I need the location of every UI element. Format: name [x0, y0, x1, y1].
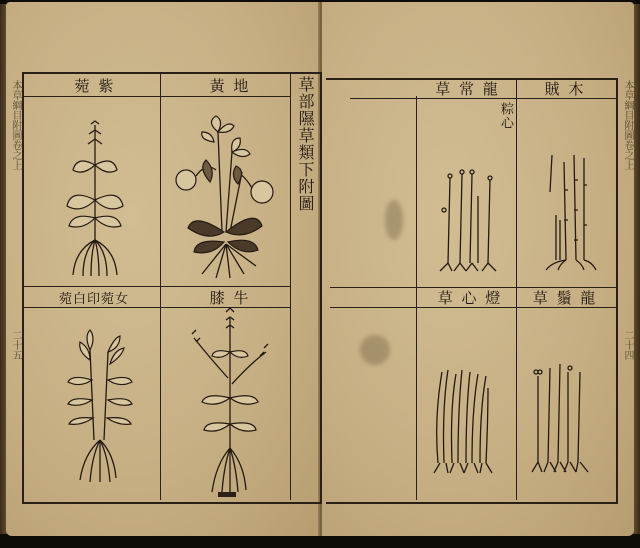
- label-dihuang: 黃 地: [180, 74, 280, 96]
- label-ziwan: 菀 紫: [40, 74, 150, 96]
- right-margin-title: 本草綱目附圖卷之上: [620, 80, 635, 170]
- muzei-illustration: [540, 150, 600, 272]
- right-col-divider-1: [416, 96, 417, 500]
- faded-ink-stain: [360, 335, 390, 365]
- label-dengxincao: 草 心 燈: [430, 288, 510, 307]
- left-top-label-rule: [24, 96, 290, 97]
- label-niuxi: 膝 牛: [180, 287, 280, 307]
- label-muzei: 賊 木: [530, 78, 600, 98]
- annotation-zongxin: 粽心: [496, 102, 515, 130]
- left-column-divider: [160, 74, 161, 500]
- label-nvwan: 菀白印菀女: [32, 287, 156, 307]
- faded-ink-stain: [385, 200, 403, 240]
- right-margin-page-number: 二十四: [620, 330, 635, 360]
- ziwan-illustration: [55, 120, 135, 280]
- nvwan-illustration: [60, 330, 140, 490]
- label-longchangcao: 草 常 龍: [425, 78, 510, 98]
- niuxi-illustration: [180, 308, 280, 498]
- right-col-divider-2: [516, 78, 517, 500]
- dihuang-illustration: [170, 112, 280, 282]
- longchangcao-illustration: [438, 168, 498, 273]
- longxucao-illustration: [530, 362, 594, 477]
- section-heading: 草部隰草類下附圖: [294, 76, 317, 246]
- label-longxucao: 草 鬚 龍: [525, 288, 605, 307]
- left-heading-divider: [290, 74, 291, 500]
- dengxincao-illustration: [430, 368, 494, 478]
- left-margin-title: 本草綱目附圖卷之上: [8, 80, 23, 170]
- left-margin-page-number: 二十五: [8, 330, 23, 360]
